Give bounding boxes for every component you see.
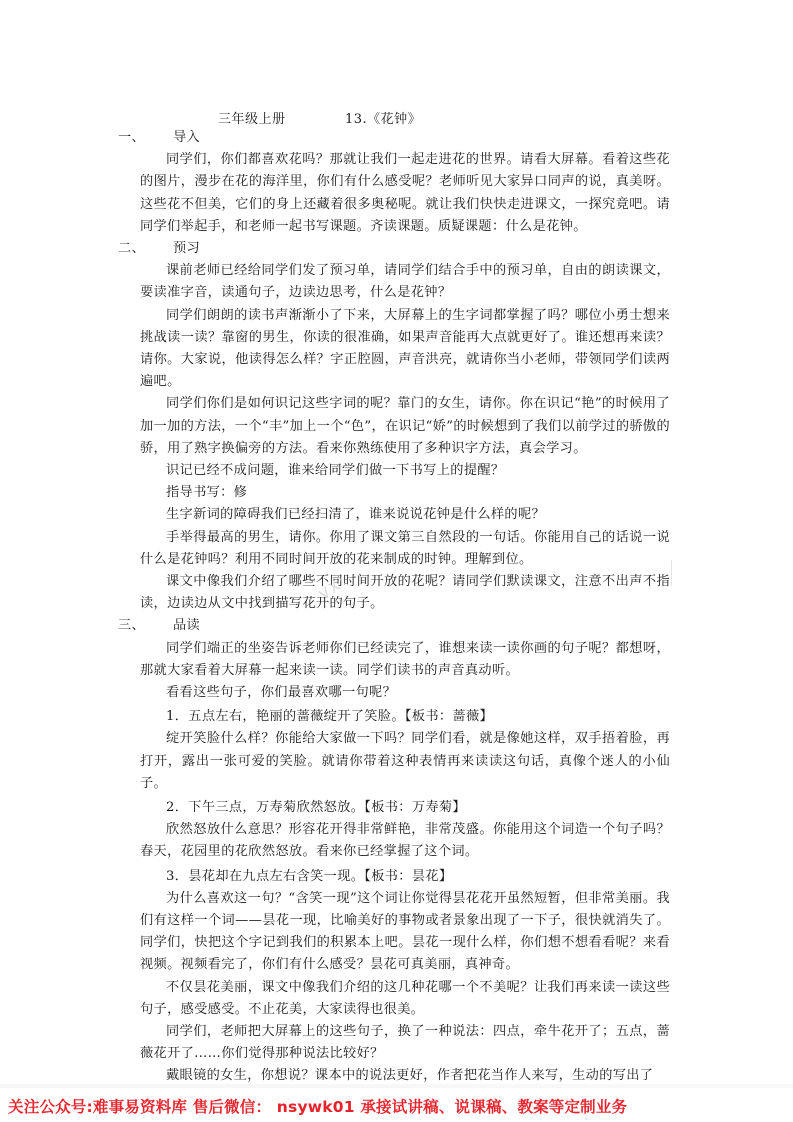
paragraph: 同学们，你们都喜欢花吗？那就让我们一起走进花的世界。请看大屏幕。看着这些花的图片… <box>140 149 670 238</box>
document-page: 三年级上册 13.《花钟》 一、 导入 同学们，你们都喜欢花吗？那就让我们一起走… <box>0 0 793 1122</box>
paragraph: 指导书写：修 <box>140 482 670 504</box>
numbered-sentence: 3．昙花却在九点左右含笑一现。【板书：昙花】 <box>140 866 670 888</box>
document-header: 三年级上册 13.《花钟》 <box>0 108 793 128</box>
footer-promo-banner: 关注公众号:难事易资料库 售后微信： nsywk01 承接试讲稿、说课稿、教案等… <box>0 1092 793 1122</box>
paragraph: 识记已经不成问题，谁来给同学们做一下书写上的提醒？ <box>140 460 670 482</box>
paragraph: 绽开笑脸什么样？你能给大家做一下吗？同学们看，就是像她这样，双手捂着脸，再打开，… <box>140 728 670 795</box>
document-body: 一、 导入 同学们，你们都喜欢花吗？那就让我们一起走进花的世界。请看大屏幕。看着… <box>140 127 670 1088</box>
section-heading-preview: 二、 预习 <box>118 238 670 260</box>
section-title: 导入 <box>173 127 200 149</box>
paragraph: 手举得最高的男生，请你。你用了课文第三自然段的一句话。你能用自己的话说一说什么是… <box>140 527 670 571</box>
section-heading-close-reading: 三、 品读 <box>118 615 670 637</box>
paragraph: 同学们，老师把大屏幕上的这些句子，换了一种说法：四点，牵牛花开了；五点，蔷薇花开… <box>140 1021 670 1065</box>
paragraph: 课前老师已经给同学们发了预习单，请同学们结合手中的预习单，自由的朗读课文，要读准… <box>140 260 670 304</box>
paragraph: 为什么喜欢这一句？“含笑一现”这个词让你觉得昙花花开虽然短暂，但非常美丽。我们有… <box>140 888 670 977</box>
paragraph: 同学们端正的坐姿告诉老师你们已经读完了，谁想来读一读你画的句子呢？都想呀，那就大… <box>140 638 670 682</box>
section-heading-intro: 一、 导入 <box>118 127 670 149</box>
section-title: 预习 <box>173 238 200 260</box>
paragraph: 课文中像我们介绍了哪些不同时间开放的花呢？请同学们默读课文，注意不出声不指读，边… <box>140 571 670 615</box>
section-title: 品读 <box>173 615 200 637</box>
paragraph: 同学们朗朗的读书声渐渐小了下来，大屏幕上的生字词都掌握了吗？哪位小勇士想来挑战读… <box>140 305 670 394</box>
section-number: 一、 <box>118 127 145 149</box>
paragraph: 生字新词的障碍我们已经扫清了，谁来说说花钟是什么样的呢？ <box>140 504 670 526</box>
paragraph: 同学们你们是如何识记这些字词的呢？靠门的女生，请你。你在识记“艳”的时候用了加一… <box>140 393 670 460</box>
faint-mark <box>671 560 672 586</box>
section-number: 三、 <box>118 615 145 637</box>
section-number: 二、 <box>118 238 145 260</box>
paragraph: 看看这些句子，你们最喜欢哪一句呢？ <box>140 682 670 704</box>
footer-divider <box>0 1084 793 1088</box>
paragraph: 不仅昙花美丽，课文中像我们介绍的这几种花哪一个不美呢？让我们再来读一读这些句子，… <box>140 977 670 1021</box>
numbered-sentence: 1．五点左右，艳丽的蔷薇绽开了笑脸。【板书：蔷薇】 <box>140 706 670 728</box>
numbered-sentence: 2．下午三点，万寿菊欣然怒放。【板书：万寿菊】 <box>140 797 670 819</box>
grade-label: 三年级上册 <box>218 108 286 127</box>
lesson-title: 13.《花钟》 <box>345 108 421 127</box>
paragraph: 欣然怒放什么意思？形容花开得非常鲜艳，非常茂盛。你能用这个词造一个句子吗？春天，… <box>140 819 670 863</box>
